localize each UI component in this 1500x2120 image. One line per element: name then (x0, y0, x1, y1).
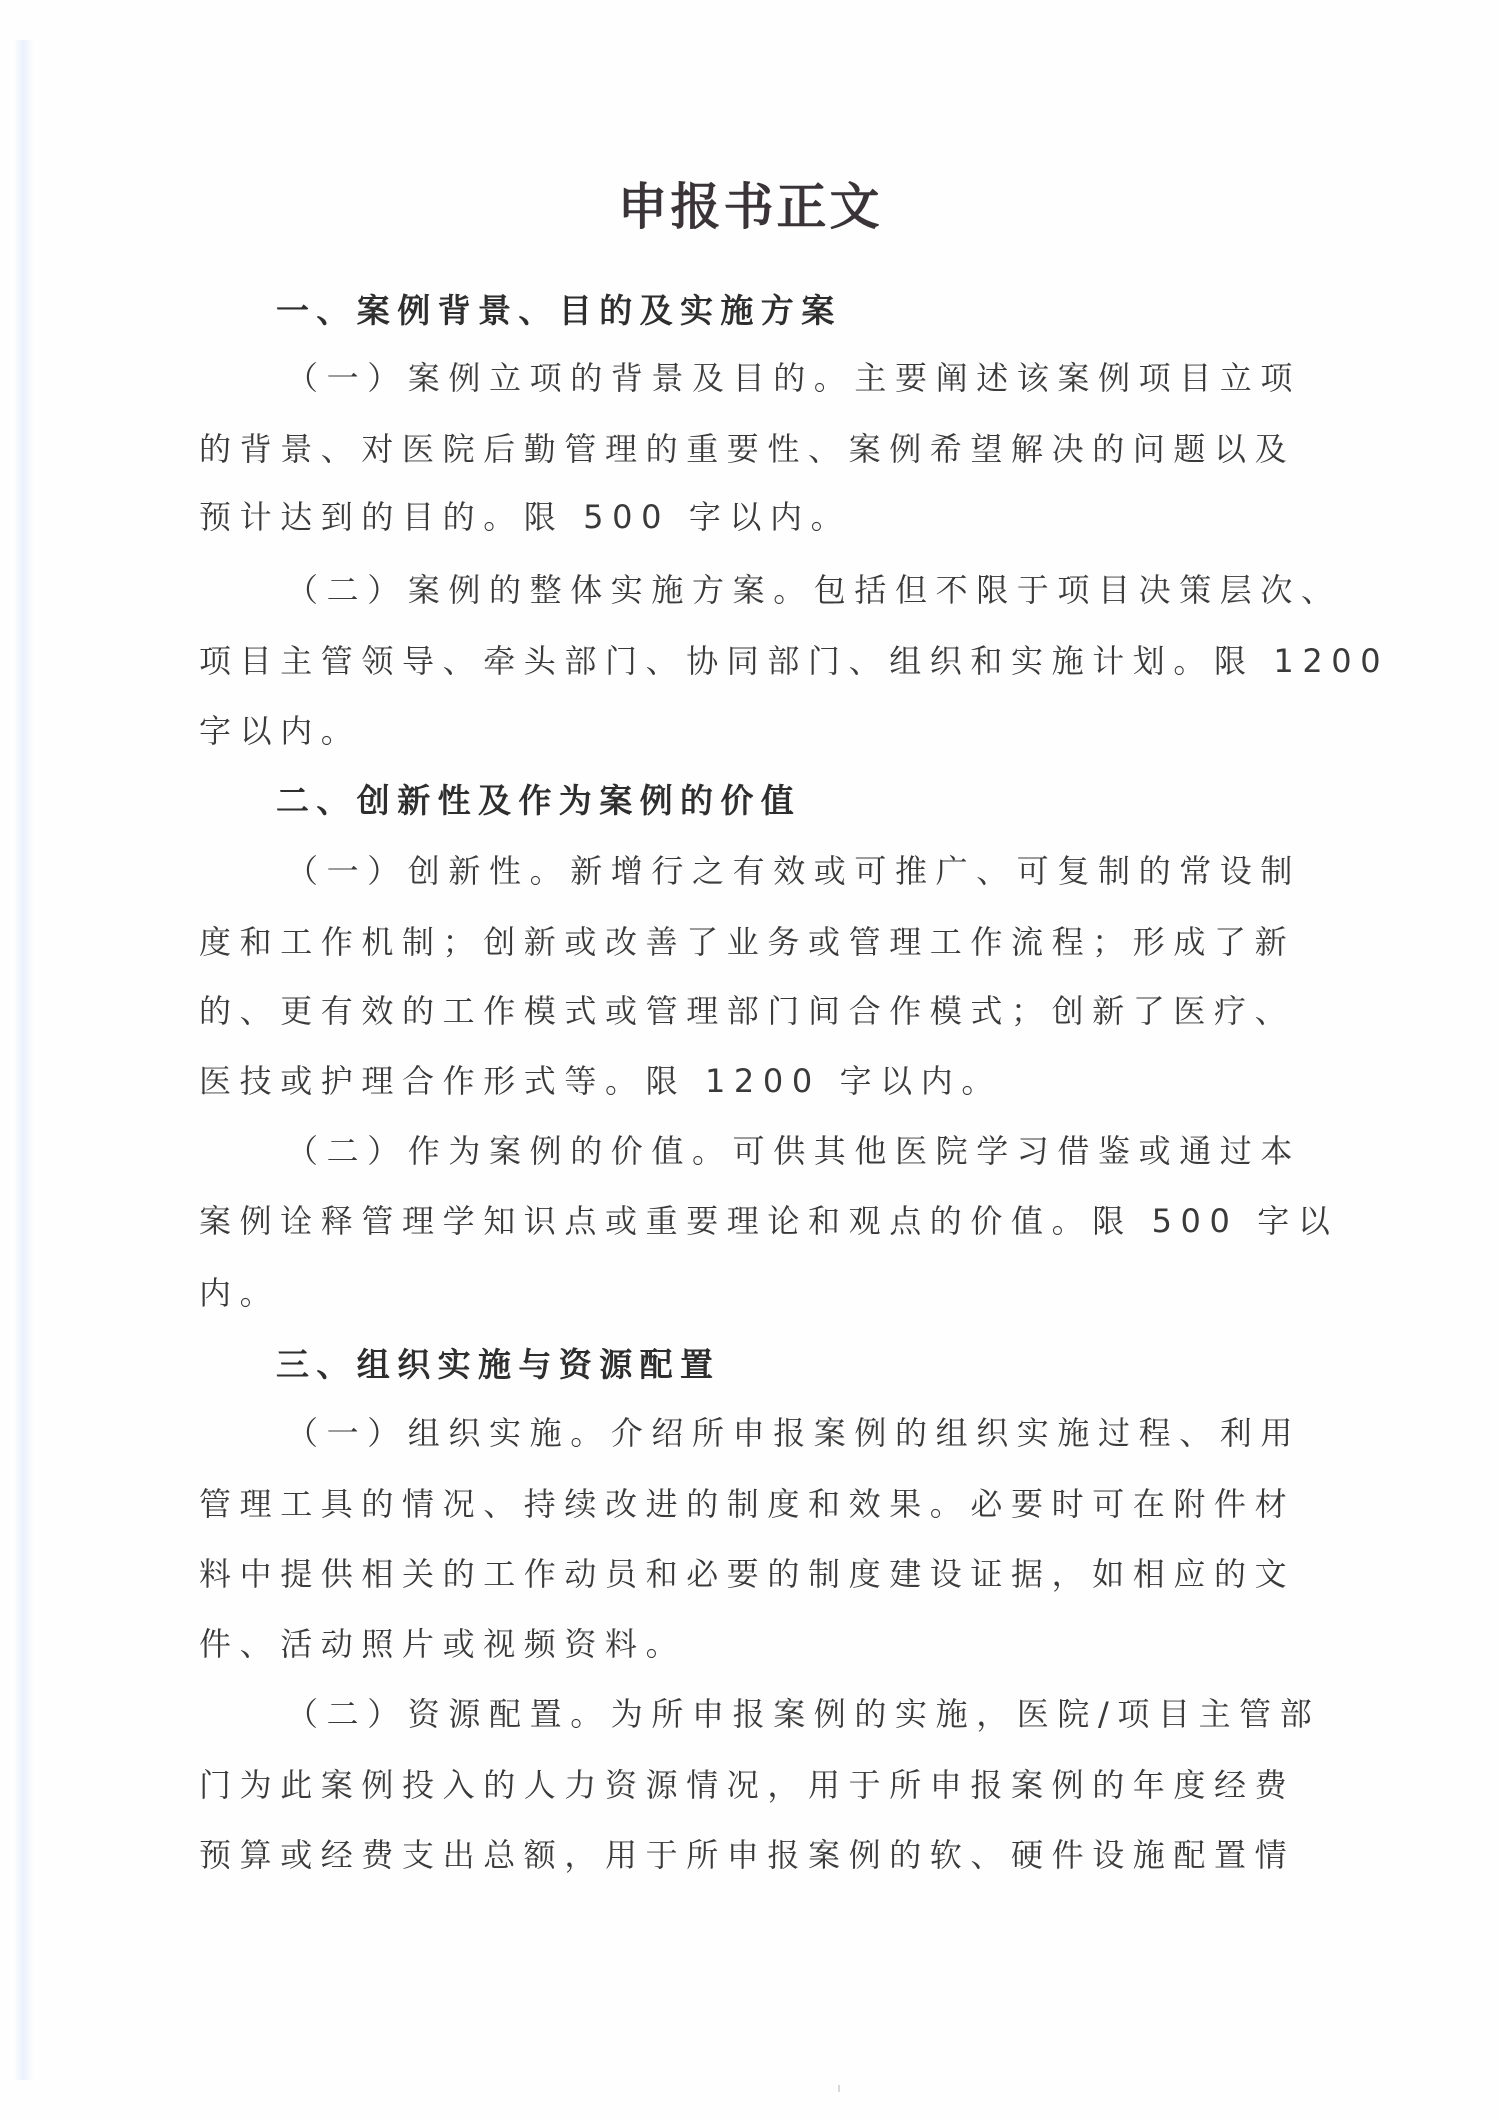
paragraph-line: 件、活动照片或视频资料。 (199, 1622, 1299, 1666)
paragraph-line: 的背景、对医院后勤管理的重要性、案例希望解决的问题以及 (199, 427, 1299, 471)
page-title: 申报书正文 (0, 176, 1500, 238)
paragraph-line: 度和工作机制；创新或改善了业务或管理工作流程；形成了新 (199, 920, 1299, 964)
paragraph-line: 内。 (199, 1271, 1299, 1315)
paragraph-line: 字以内。 (199, 709, 1299, 753)
section-heading-2: 二、创新性及作为案例的价值 (276, 779, 801, 823)
paragraph-line: （一）创新性。新增行之有效或可推广、可复制的常设制 (286, 849, 1386, 893)
paragraph-line: 医技或护理合作形式等。限 1200 字以内。 (199, 1059, 1299, 1103)
paragraph-line: 管理工具的情况、持续改进的制度和效果。必要时可在附件材 (199, 1482, 1299, 1526)
paragraph-line: 项目主管领导、牵头部门、协同部门、组织和实施计划。限 1200 (199, 639, 1299, 683)
paragraph-line: （一）组织实施。介绍所申报案例的组织实施过程、利用 (286, 1411, 1386, 1455)
paragraph-line: 预算或经费支出总额，用于所申报案例的软、硬件设施配置情 (199, 1833, 1299, 1877)
paragraph-line: （二）作为案例的价值。可供其他医院学习借鉴或通过本 (286, 1129, 1386, 1173)
paragraph-line: 门为此案例投入的人力资源情况，用于所申报案例的年度经费 (199, 1763, 1299, 1807)
section-heading-3: 三、组织实施与资源配置 (276, 1343, 720, 1387)
paragraph-line: （二）资源配置。为所申报案例的实施，医院/项目主管部 (286, 1692, 1386, 1736)
paragraph-line: （二）案例的整体实施方案。包括但不限于项目决策层次、 (286, 568, 1386, 612)
paragraph-line: 的、更有效的工作模式或管理部门间合作模式；创新了医疗、 (199, 989, 1299, 1033)
scan-edge-artifact (14, 40, 34, 2080)
paragraph-line: 案例诠释管理学知识点或重要理论和观点的价值。限 500 字以 (199, 1199, 1299, 1243)
paragraph-line: 预计达到的目的。限 500 字以内。 (199, 495, 1299, 539)
paragraph-line: （一）案例立项的背景及目的。主要阐述该案例项目立项 (286, 356, 1386, 400)
scan-speck (838, 2085, 840, 2092)
paragraph-line: 料中提供相关的工作动员和必要的制度建设证据，如相应的文 (199, 1552, 1299, 1596)
section-heading-1: 一、案例背景、目的及实施方案 (276, 289, 842, 333)
